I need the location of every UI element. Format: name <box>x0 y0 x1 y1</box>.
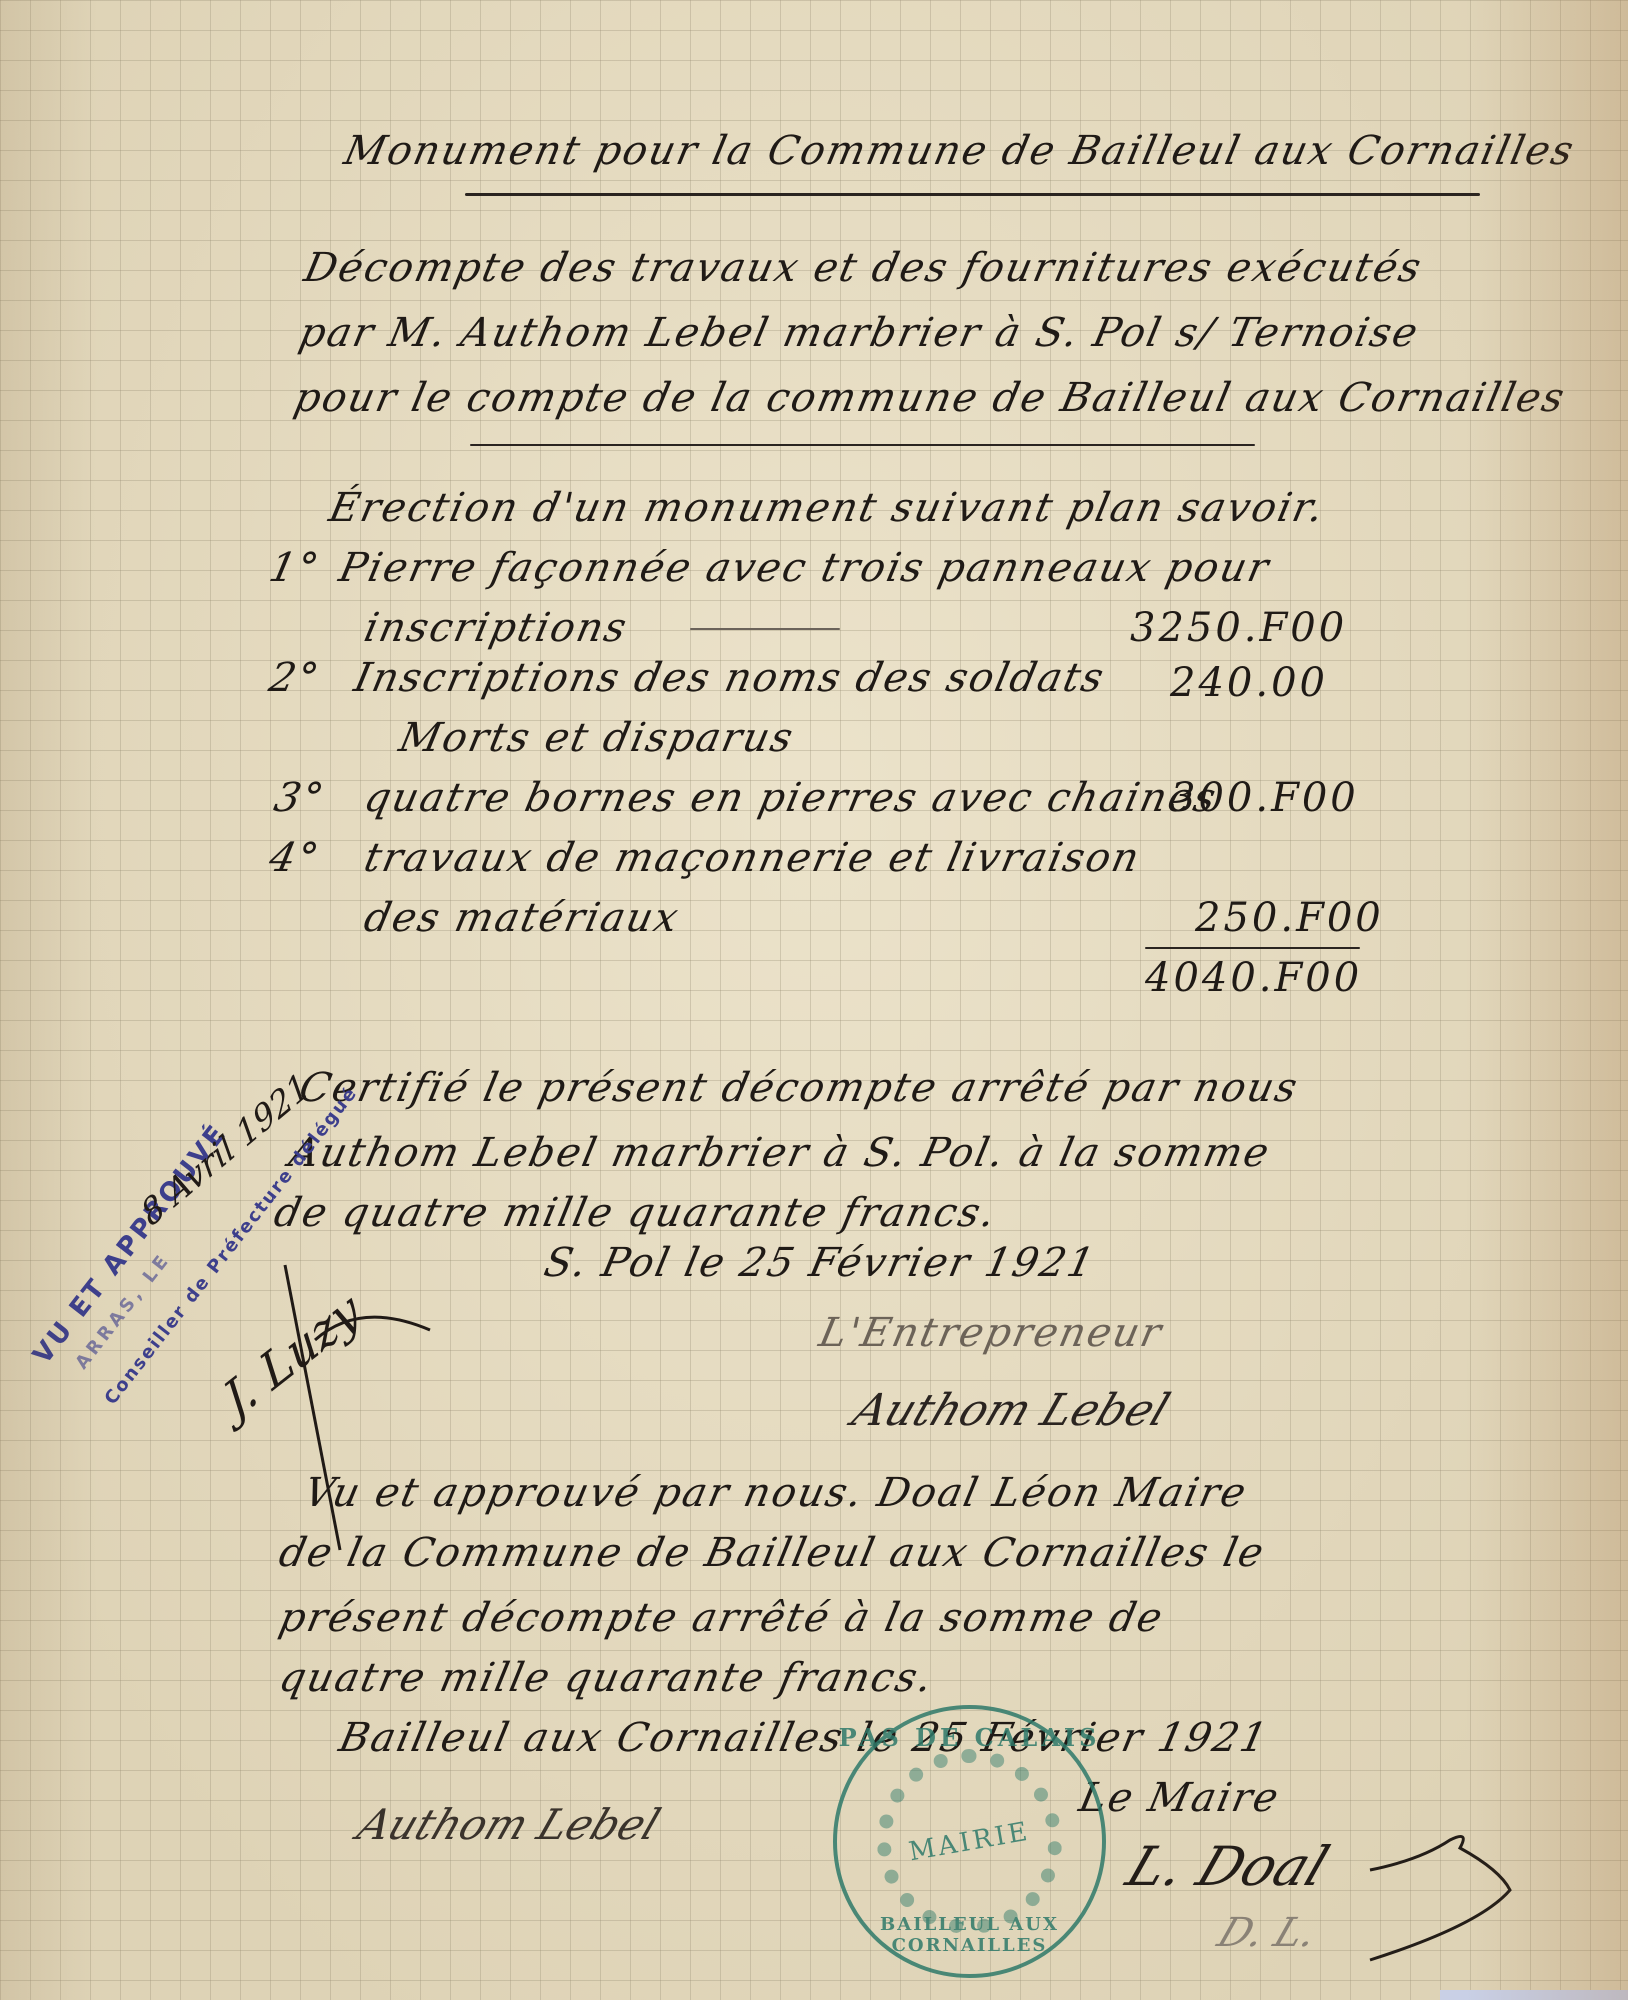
item-4-line-2: des matériaux <box>360 895 684 941</box>
total-amount: 4040.F00 <box>1145 955 1362 1001</box>
mayor-initials: D. L. <box>1212 1910 1324 1956</box>
item-2-number: 2° <box>265 655 324 701</box>
item-1-line-1: Pierre façonnée avec trois panneaux pour <box>335 545 1274 591</box>
seal-top-text: PAS DE CALAIS <box>837 1723 1102 1752</box>
total-rule <box>1145 947 1360 949</box>
document-title: Monument pour la Commune de Bailleul aux… <box>340 128 1579 174</box>
contractor-title: L'Entrepreneur <box>815 1310 1167 1356</box>
item-1-amount: 3250.F00 <box>1130 605 1347 651</box>
item-3-amount: 300.F00 <box>1170 775 1359 821</box>
approval-line-3: présent décompte arrêté à la somme de <box>275 1595 1168 1641</box>
item-4-number: 4° <box>265 835 324 881</box>
mayor-flourish <box>1360 1830 1560 1980</box>
document-page: Monument pour la Commune de Bailleul aux… <box>0 0 1628 2000</box>
bottom-contractor-signature: Authom Lebel <box>351 1800 667 1849</box>
certification-line-2: Authom Lebel marbrier à S. Pol. à la som… <box>285 1130 1275 1176</box>
item-2-amount: 240.00 <box>1170 660 1328 706</box>
intro-line-3: pour le compte de la commune de Bailleul… <box>290 375 1570 421</box>
intro-underline <box>470 444 1255 446</box>
stamp-signature-stroke <box>280 1260 440 1560</box>
place-date-mayor: Bailleul aux Cornailles le 25 Février 19… <box>335 1715 1273 1761</box>
seal-bottom-text: BAILLEUL AUX CORNAILLES <box>837 1914 1102 1956</box>
contractor-signature: Authom Lebel <box>846 1385 1176 1436</box>
mayor-title: Le Maire <box>1075 1775 1284 1821</box>
item-4-amount: 250.F00 <box>1195 895 1384 941</box>
approval-line-4: quatre mille quarante francs. <box>275 1655 938 1701</box>
item-1-number: 1° <box>265 545 324 591</box>
intro-line-2: par M. Authom Lebel marbrier à S. Pol s/… <box>295 310 1423 356</box>
section-heading: Érection d'un monument suivant plan savo… <box>325 485 1329 531</box>
approval-line-1: Vu et approuvé par nous. Doal Léon Maire <box>300 1470 1252 1516</box>
intro-line-1: Décompte des travaux et des fournitures … <box>300 245 1427 291</box>
title-underline <box>465 193 1480 196</box>
certification-line-3: de quatre mille quarante francs. <box>270 1190 1001 1236</box>
item-2-line-1: Inscriptions des noms des soldats <box>350 655 1109 701</box>
scan-edge <box>1440 1990 1628 2000</box>
place-date-contractor: S. Pol le 25 Février 1921 <box>540 1240 1100 1286</box>
item-3-line-1: quatre bornes en pierres avec chaines <box>360 775 1221 821</box>
item-4-line-1: travaux de maçonnerie et livraison <box>360 835 1145 881</box>
item-3-number: 3° <box>270 775 329 821</box>
item-1-leader <box>690 628 840 630</box>
item-2-line-2: Morts et disparus <box>395 715 799 761</box>
mayor-signature: L. Doal <box>1119 1835 1337 1898</box>
item-1-line-2: inscriptions <box>360 605 632 651</box>
mairie-seal-stamp: PAS DE CALAIS MAIRIE BAILLEUL AUX CORNAI… <box>833 1705 1106 1978</box>
